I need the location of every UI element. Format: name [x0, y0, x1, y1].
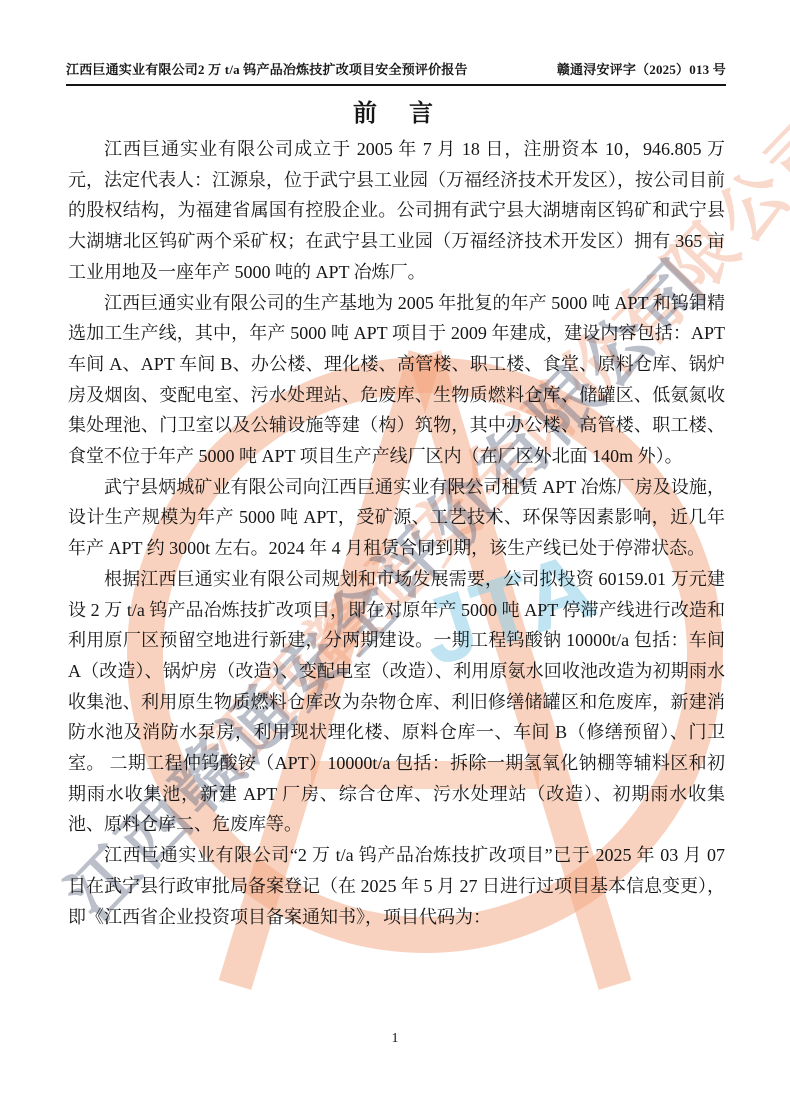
header-report-title: 江西巨通实业有限公司2 万 t/a 钨产品冶炼技扩改项目安全预评价报告	[66, 59, 468, 78]
header-doc-number: 赣通浔安评字（2025）013 号	[557, 59, 726, 78]
body-paragraph-3: 武宁县炳城矿业有限公司向江西巨通实业有限公司租赁 APT 冶炼厂房及设施，设计生…	[68, 472, 725, 564]
document-page: 江西赣通安全评价有限公司 江西赣通安全评价有限公司 JTA 江西巨通实业有限公司…	[0, 0, 790, 1117]
body-paragraph-4: 根据江西巨通实业有限公司规划和市场发展需要，公司拟投资 60159.01 万元建…	[68, 564, 725, 840]
body-paragraph-5: 江西巨通实业有限公司“2 万 t/a 钨产品冶炼技扩改项目”已于 2025 年 …	[68, 840, 725, 932]
header-rule	[66, 84, 726, 86]
body-paragraph-1: 江西巨通实业有限公司成立于 2005 年 7 月 18 日，注册资本 10，94…	[68, 134, 725, 288]
body-paragraph-2: 江西巨通实业有限公司的生产基地为 2005 年批复的年产 5000 吨 APT …	[68, 288, 725, 472]
body-content: 江西巨通实业有限公司成立于 2005 年 7 月 18 日，注册资本 10，94…	[68, 134, 725, 932]
page-header: 江西巨通实业有限公司2 万 t/a 钨产品冶炼技扩改项目安全预评价报告 赣通浔安…	[66, 59, 726, 78]
page-title: 前 言	[0, 93, 790, 128]
page-number: 1	[0, 1031, 790, 1047]
